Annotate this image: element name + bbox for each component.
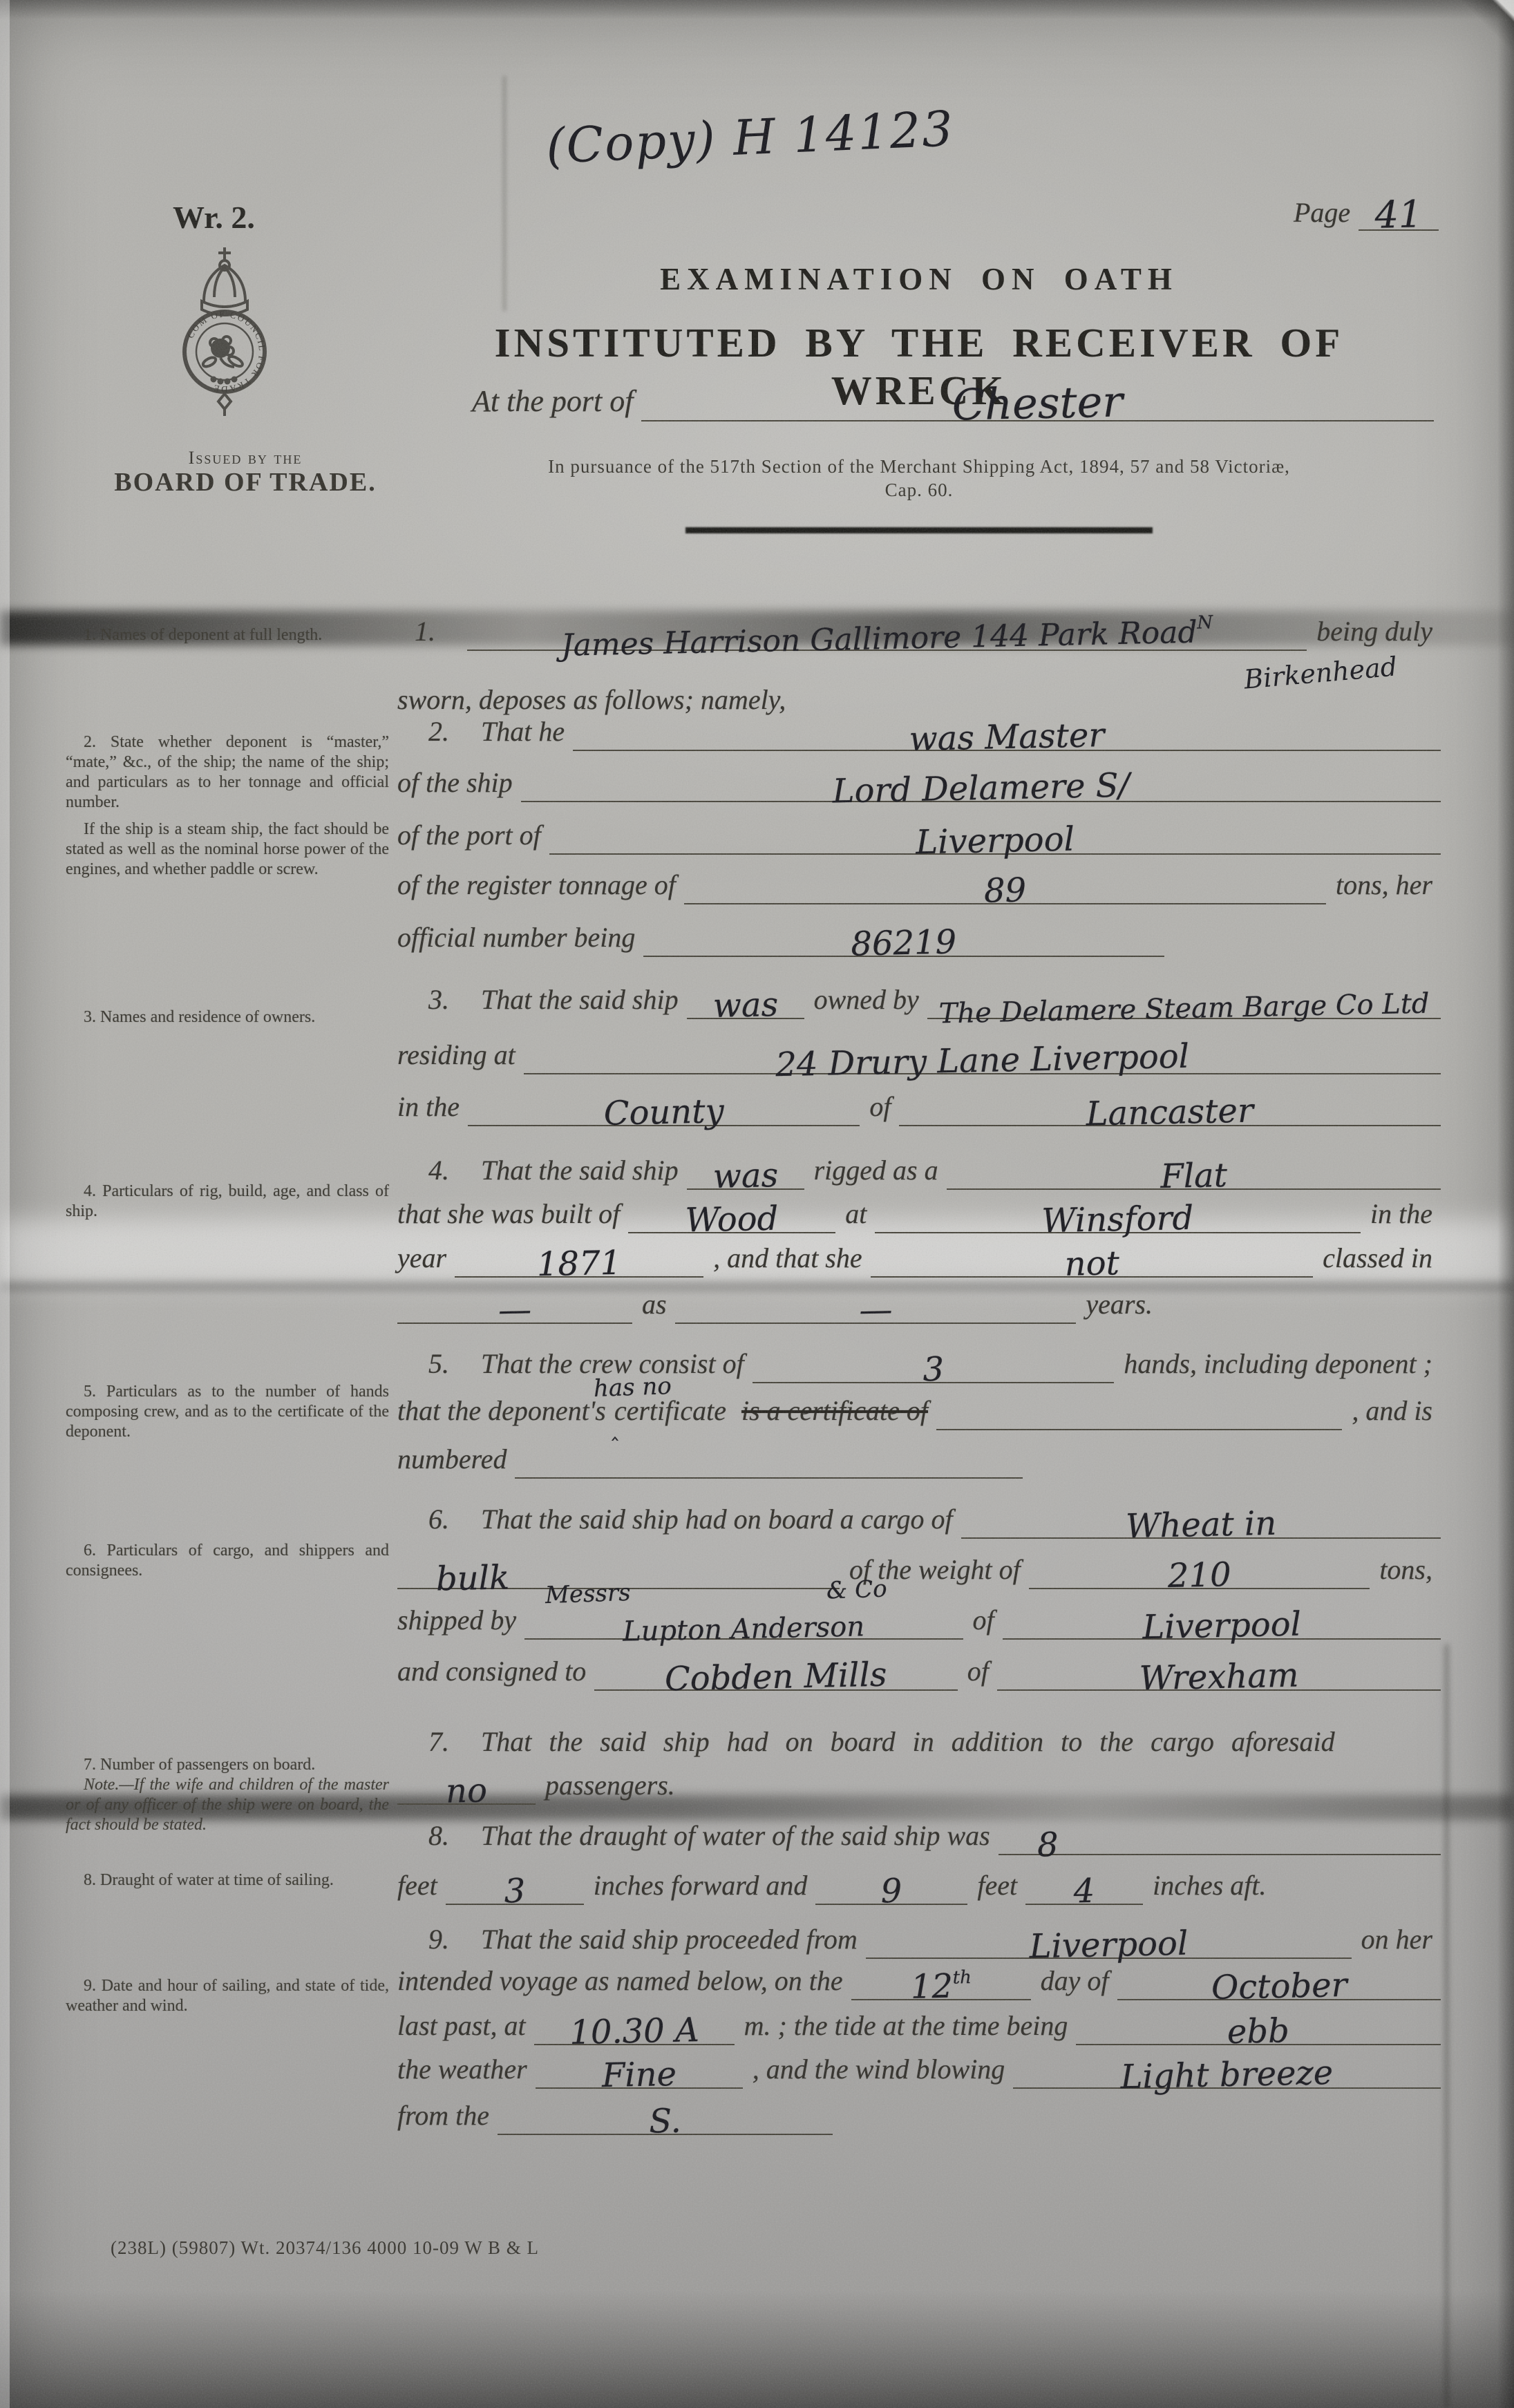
right-edge-shadow [1497,0,1514,2408]
form-item4-line3: year 1871 , and that she not classed in [397,1239,1441,1278]
struck-through-text: is a certificate of [741,1392,936,1430]
port-of-registry: Liverpool [549,812,1441,869]
pursuance-line1: In pursuance of the 517th Section of the… [397,456,1441,477]
top-edge-shadow [0,0,1514,19]
sailing-time: 10.30 A [533,2010,735,2053]
form-item8-line1: 8. That the draught of water of the said… [428,1817,1441,1855]
form-item9-line2: intended voyage as named below, on the 1… [397,1962,1441,2000]
vertical-crease [1444,1644,1449,2408]
margin-note-1: 1. Names of deponent at full length. [66,625,389,645]
shipper-name: Lupton Anderson [524,1609,963,1649]
page-number-block: Page 41 [1294,195,1439,231]
tide-state: ebb [1076,2008,1441,2054]
deponent-name: James Harrison Gallimore 144 Park Road [560,615,1198,663]
form-item4-line1: 4. That the said ship was rigged as a Fl… [428,1151,1441,1190]
margin-note-5: 5. Particulars as to the number of hands… [66,1382,389,1442]
form-item5-line2: that the deponent's has no‸ certificate … [397,1392,1441,1430]
scanned-document-page: (Copy) H 14123 Wr. 2. COM OF COUNCIL FOR… [0,0,1514,2408]
form-item2-line3: of the port of Liverpool [397,816,1441,855]
draught-forward-feet: 8 [998,1817,1441,1865]
ship-name: Lord Delamere S/ [520,759,1441,817]
owner-address: 24 Drury Lane Liverpool [523,1032,1441,1090]
form-item9-line1: 9. That the said ship proceeded from Liv… [428,1920,1441,1959]
crew-count: 3 [752,1347,1115,1393]
issued-by-line2: BOARD OF TRADE. [66,467,425,497]
printer-imprint: (238L) (59807) Wt. 20374/136 4000 10-09 … [111,2237,539,2259]
rig-type: Flat [946,1152,1441,1201]
cargo-type: Wheat in [961,1501,1441,1550]
header-rule [685,527,1153,533]
inserted-words: has no [593,1372,672,1403]
consignee-name: Cobden Mills [594,1654,958,1700]
form-item6-line3: shipped by Messrs& CoLupton Anderson of … [397,1601,1441,1640]
form-item9-line3: last past, at 10.30 A m. ; the tide at t… [397,2007,1441,2045]
margin-note-2: 2. State whether deponent is “master,” “… [66,732,389,880]
bottom-edge-shadow [0,2291,1514,2408]
form-item6-line1: 6. That the said ship had on board a car… [428,1500,1441,1539]
margin-note-3: 3. Names and residence of owners. [66,1007,389,1027]
county: Lancaster [899,1088,1441,1137]
port-line: At the port of Chester [472,381,1434,421]
sailing-month: October [1117,1964,1441,2009]
margin-note-7: 7. Number of passengers on board. Note.—… [66,1755,389,1835]
build-material: Wood [628,1198,836,1241]
owner-name: The Delamere Steam Barge Co Ltd [927,987,1441,1030]
port-label: At the port of [472,381,641,421]
draught-aft-inches: 4 [1025,1870,1144,1912]
margin-note-4: 4. Particulars of rig, build, age, and c… [66,1182,389,1222]
shipper-place: Liverpool [1002,1602,1441,1649]
form-item5-line1: 5. That the crew consist of 3 hands, inc… [428,1345,1441,1383]
form-item1-line1: 1. James Harrison Gallimore 144 Park Roa… [415,612,1441,651]
build-year: 1871 [455,1242,704,1286]
margin-note-9: 9. Date and hour of sailing, and state o… [66,1976,389,2016]
form-item7-line2: no passengers. [397,1766,867,1805]
draught-forward-inches: 3 [445,1870,584,1912]
margin-note-8: 8. Draught of water at time of sailing. [66,1870,389,1890]
form-item4-line2: that she was built of Wood at Winsford i… [397,1195,1441,1233]
cargo-weight: 210 [1028,1553,1370,1598]
form-item9-line5: from the S. [397,2096,833,2135]
form-code: Wr. 2. [173,199,255,236]
form-item2-line1: 2. That he was Master [428,712,1441,751]
deponent-rank: was Master [573,709,1441,766]
corner-fold-mark [1417,0,1514,62]
margin-note-6: 6. Particulars of cargo, and shippers an… [66,1541,389,1581]
form-item8-line2: feet 3 inches forward and 9 feet 4 inche… [397,1866,1254,1905]
form-item5-line3: numbered [397,1440,1023,1479]
insertion-mark: N [1197,612,1213,633]
document-title: EXAMINATION ON OATH [397,261,1441,297]
pursuance-line2: Cap. 60. [397,480,1441,501]
page-number: 41 [1359,192,1439,237]
consignee-place: Wrexham [996,1653,1441,1700]
form-item2-line4: of the register tonnage of 89 tons, her [397,866,1441,904]
draught-aft-feet: 9 [815,1870,968,1913]
register-tonnage: 89 [683,864,1326,916]
form-item4-line4: — as — years. [397,1285,1161,1324]
form-item3-line1: 3. That the said ship was owned by The D… [428,980,1441,1019]
official-number: 86219 [643,918,1165,968]
form-item6-line4: and consigned to Cobden Mills of Wrexham [397,1652,1441,1691]
form-item2-line5: official number being 86219 [397,918,1164,957]
board-of-trade-seal: COM OF COUNCIL FOR TRADE [171,243,278,428]
left-edge-highlight [0,0,10,2408]
wind-direction: S. [497,2098,833,2144]
build-place: Winsford [875,1195,1361,1244]
form-item3-line2: residing at 24 Drury Lane Liverpool [397,1036,1441,1074]
form-item9-line4: the weather Fine , and the wind blowing … [397,2050,1441,2089]
page-label: Page [1294,195,1359,231]
sailing-day: 12 [910,1967,953,2007]
form-item7-line1: 7. That the said ship had on board in ad… [428,1723,1441,1761]
form-item3-line3: in the County of Lancaster [397,1088,1441,1126]
wind-state: Light breeze [1013,2051,1441,2099]
issued-by-line1: Issued by the [97,448,394,468]
weather-state: Fine [535,2054,743,2096]
form-item2-line2: of the ship Lord Delamere S/ [397,764,1441,802]
passenger-count: no [397,1770,536,1812]
handwritten-copy-annotation: (Copy) H 14123 [545,100,955,175]
